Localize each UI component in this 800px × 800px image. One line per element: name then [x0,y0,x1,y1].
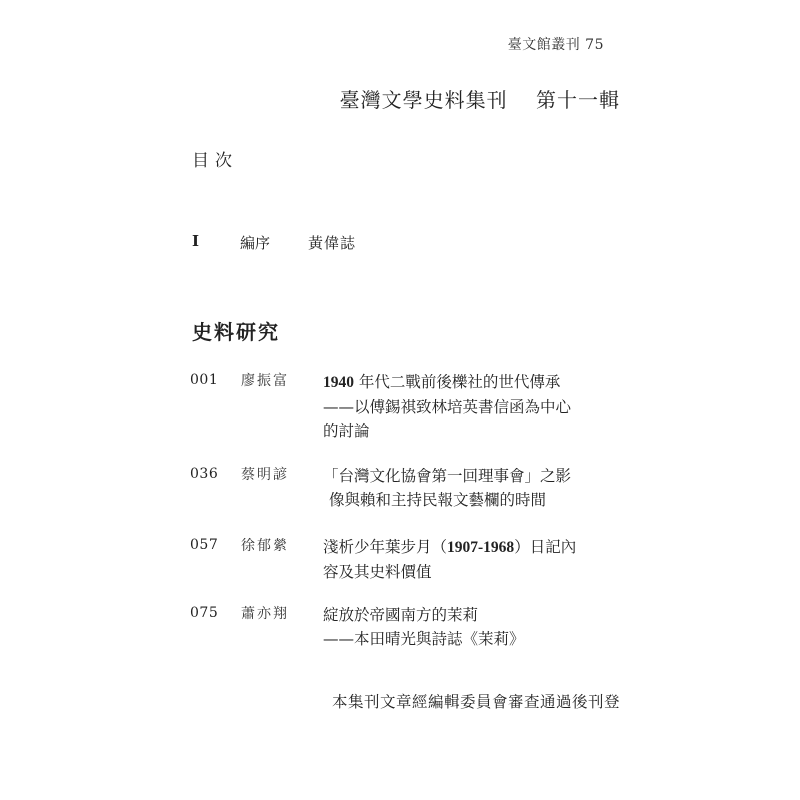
entry-title-line: 的討論 [323,419,623,443]
entry-title: 淺析少年葉步月（1907-1968）日記內 容及其史料價值 [323,535,623,584]
entry-title-line: 綻放於帝國南方的茉莉 [323,603,623,627]
preface-author: 黃偉誌 [308,232,356,253]
entry-title-line: ——以傅錫祺致林培英書信函為中心 [323,395,623,419]
entry-title-line: 淺析少年葉步月（1907-1968）日記內 [323,535,623,560]
entry-author: 廖振富 [241,370,289,390]
section-heading: 史料研究 [192,316,280,345]
entry-author: 徐郁縈 [241,535,289,555]
toc-heading: 目次 [192,146,238,171]
entry-title-line: 「台灣文化協會第一回理事會」之影 [323,464,623,488]
entry-title: 1940 年代二戰前後櫟社的世代傳承 ——以傅錫祺致林培英書信函為中心 的討論 [323,370,623,443]
entry-title-line: 容及其史料價值 [323,560,623,584]
entry-title: 「台灣文化協會第一回理事會」之影 像與賴和主持民報文藝欄的時間 [323,464,623,512]
entry-title-line: ——本田晴光與詩誌《茉莉》 [323,627,623,651]
series-label: 臺文館叢刊 75 [508,34,604,54]
review-note: 本集刊文章經編輯委員會審查通過後刊登 [332,690,620,712]
book-title: 臺灣文學史料集刊 第十一輯 [340,84,620,113]
entry-title-line: 1940 年代二戰前後櫟社的世代傳承 [323,370,623,395]
preface-label: 編序 [240,232,270,253]
entry-title-line: 像與賴和主持民報文藝欄的時間 [323,488,623,512]
entry-page-number: 075 [190,605,218,621]
preface-number: I [192,232,199,250]
entry-title: 綻放於帝國南方的茉莉 ——本田晴光與詩誌《茉莉》 [323,603,623,651]
entry-page-number: 001 [190,372,218,388]
entry-page-number: 036 [190,466,218,482]
entry-page-number: 057 [190,537,218,553]
entry-author: 蕭亦翔 [241,603,289,623]
entry-author: 蔡明諺 [241,464,289,484]
